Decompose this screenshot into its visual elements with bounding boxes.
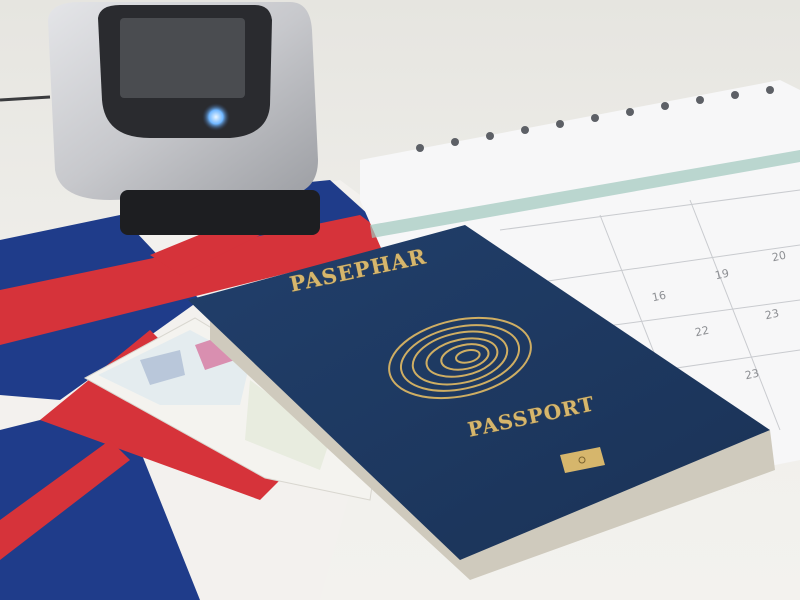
fingerprint-scanner (0, 2, 320, 235)
photo-scene: PASEPHAR PASSPORT 16 19 20 22 23 23 (0, 0, 800, 600)
scene-illustration (0, 0, 800, 600)
scanner-led-icon (202, 103, 230, 131)
